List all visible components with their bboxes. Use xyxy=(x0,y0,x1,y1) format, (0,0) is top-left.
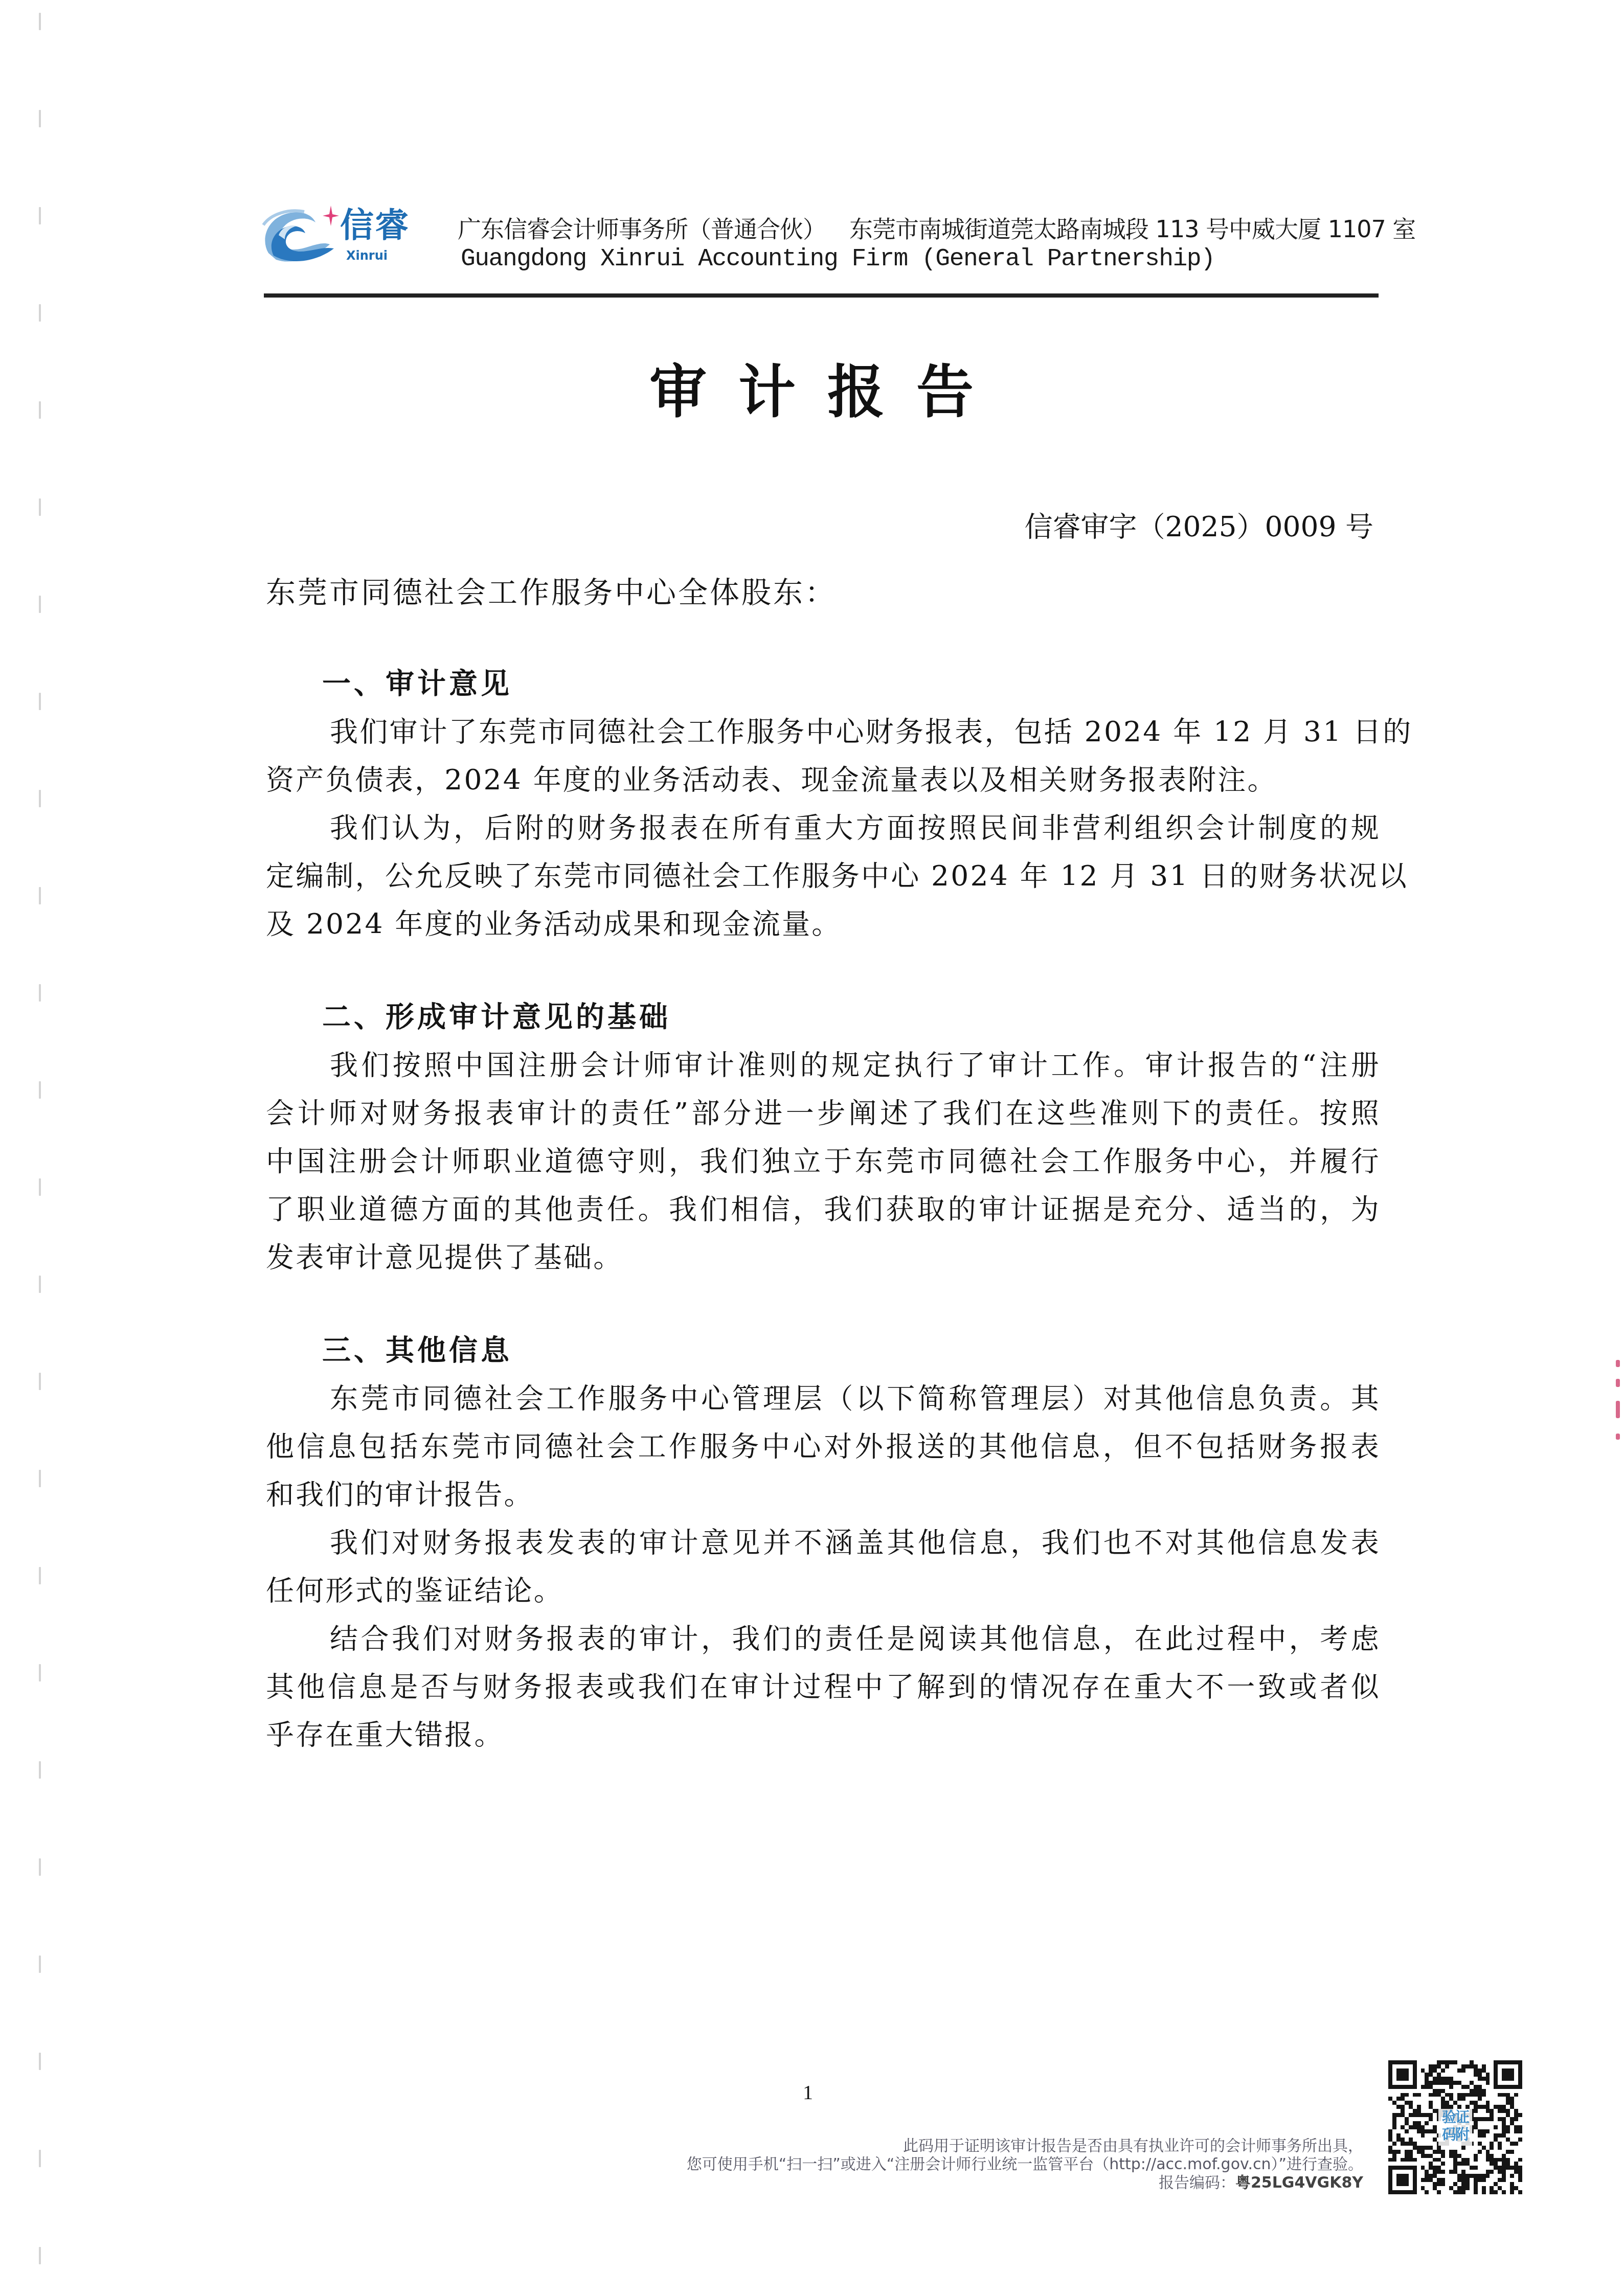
paragraph: 我们审计了东莞市同德社会工作服务中心财务报表，包括 2024 年 12 月 31… xyxy=(266,708,1381,804)
document-title: 审计报告 xyxy=(0,364,1624,421)
qr-verification-badge: 验证 码附 xyxy=(1438,2109,1472,2146)
verification-notice: 此码用于证明该审计报告是否由具有执业许可的会计师事务所出具， 您可使用手机“扫一… xyxy=(687,2137,1363,2192)
text-line: 会计师对财务报表审计的责任”部分进一步阐述了我们在这些准则下的责任。按照 xyxy=(266,1089,1381,1137)
text-line: 其他信息是否与财务报表或我们在审计过程中了解到的情况存在重大不一致或者似 xyxy=(266,1663,1381,1711)
binding-mark xyxy=(39,1956,41,1973)
firm-address: 东莞市南城街道莞太路南城段 113 号中威大厦 1107 室 xyxy=(849,215,1415,243)
binding-mark xyxy=(39,2150,41,2167)
binding-mark xyxy=(39,984,41,1002)
text-line: 他信息包括东莞市同德社会工作服务中心对外报送的其他信息，但不包括财务报表 xyxy=(266,1422,1381,1470)
binding-mark xyxy=(39,207,41,224)
logo-chinese-text: 信睿 xyxy=(340,209,410,242)
paragraph: 东莞市同德社会工作服务中心管理层（以下简称管理层）对其他信息负责。其 他信息包括… xyxy=(266,1374,1381,1518)
paragraph: 我们认为，后附的财务报表在所有重大方面按照民间非营利组织会计制度的规 定编制，公… xyxy=(266,804,1381,948)
binding-mark xyxy=(39,110,41,127)
binding-marks xyxy=(36,0,51,2296)
binding-mark xyxy=(39,1858,41,1876)
binding-mark xyxy=(39,596,41,613)
qr-badge-line-2: 码附 xyxy=(1438,2126,1472,2144)
text-line: 和我们的审计报告。 xyxy=(266,1470,1381,1518)
verification-qr-code[interactable]: 验证 码附 xyxy=(1388,2060,1522,2194)
binding-mark xyxy=(39,693,41,710)
text-line: 我们认为，后附的财务报表在所有重大方面按照民间非营利组织会计制度的规 xyxy=(266,804,1381,852)
binding-mark xyxy=(39,304,41,322)
text-line: 乎存在重大错报。 xyxy=(266,1711,1381,1759)
sparkle-star-icon xyxy=(323,206,339,226)
text-line: 定编制，公允反映了东莞市同德社会工作服务中心 2024 年 12 月 31 日的… xyxy=(266,852,1381,900)
report-code-label: 报告编码： xyxy=(1159,2174,1235,2192)
text-line: 了职业道德方面的其他责任。我们相信，我们获取的审计证据是充分、适当的，为 xyxy=(266,1185,1381,1233)
report-code-line: 报告编码：粤25LG4VGK8Y xyxy=(687,2174,1363,2192)
binding-mark xyxy=(39,1761,41,1779)
text-line: 资产负债表，2024 年度的业务活动表、现金流量表以及相关财务报表附注。 xyxy=(266,756,1381,804)
paragraph: 我们对财务报表发表的审计意见并不涵盖其他信息，我们也不对其他信息发表 任何形式的… xyxy=(266,1518,1381,1615)
firm-info-line: 广东信睿会计师事务所（普通合伙）东莞市南城街道莞太路南城段 113 号中威大厦 … xyxy=(458,217,1415,241)
binding-mark xyxy=(39,1178,41,1196)
letterhead: 信睿 Xinrui 广东信睿会计师事务所（普通合伙）东莞市南城街道莞太路南城段 … xyxy=(258,202,1378,274)
text-line: 我们对财务报表发表的审计意见并不涵盖其他信息，我们也不对其他信息发表 xyxy=(266,1518,1381,1566)
report-code-value: 粤25LG4VGK8Y xyxy=(1235,2174,1363,2192)
text-line: 我们审计了东莞市同德社会工作服务中心财务报表，包括 2024 年 12 月 31… xyxy=(266,708,1381,756)
logo-english-text: Xinrui xyxy=(346,249,388,262)
header-divider xyxy=(264,293,1379,298)
section-heading-audit-opinion: 一、审计意见 xyxy=(266,660,1381,708)
binding-mark xyxy=(39,1276,41,1293)
section-heading-other-information: 三、其他信息 xyxy=(266,1326,1381,1374)
text-line: 发表审计意见提供了基础。 xyxy=(266,1233,1381,1281)
binding-mark xyxy=(39,790,41,807)
binding-mark xyxy=(39,887,41,904)
binding-mark xyxy=(39,13,41,30)
binding-mark xyxy=(39,1664,41,1681)
text-line: 东莞市同德社会工作服务中心管理层（以下简称管理层）对其他信息负责。其 xyxy=(266,1374,1381,1422)
text-line: 结合我们对财务报表的审计，我们的责任是阅读其他信息，在此过程中，考虑 xyxy=(266,1615,1381,1663)
seal-stamp-trace xyxy=(1616,1379,1620,1387)
section-spacer xyxy=(266,948,1381,993)
report-body: 一、审计意见 我们审计了东莞市同德社会工作服务中心财务报表，包括 2024 年 … xyxy=(266,660,1381,1759)
report-number: 信睿审字（2025）0009 号 xyxy=(1025,513,1373,541)
text-line: 任何形式的鉴证结论。 xyxy=(266,1566,1381,1615)
firm-name-chinese: 广东信睿会计师事务所（普通合伙） xyxy=(458,215,826,243)
seal-stamp-trace xyxy=(1616,1360,1620,1367)
seal-stamp-trace xyxy=(1616,1401,1620,1418)
firm-logo: 信睿 Xinrui xyxy=(258,204,412,268)
verification-line-2: 您可使用手机“扫一扫”或进入“注册会计师行业统一监管平台（http://acc.… xyxy=(687,2155,1363,2174)
firm-name-english: Guangdong Xinrui Accounting Firm (Genera… xyxy=(461,247,1214,271)
section-spacer xyxy=(266,1281,1381,1326)
text-line: 中国注册会计师职业道德守则，我们独立于东莞市同德社会工作服务中心，并履行 xyxy=(266,1137,1381,1185)
text-line: 我们按照中国注册会计师审计准则的规定执行了审计工作。审计报告的“注册 xyxy=(266,1041,1381,1089)
addressee: 东莞市同德社会工作服务中心全体股东： xyxy=(266,578,837,607)
text-line: 及 2024 年度的业务活动成果和现金流量。 xyxy=(266,900,1381,948)
section-heading-basis-for-opinion: 二、形成审计意见的基础 xyxy=(266,993,1381,1041)
verification-line-1: 此码用于证明该审计报告是否由具有执业许可的会计师事务所出具， xyxy=(687,2137,1363,2155)
page-number: 1 xyxy=(803,2082,813,2103)
binding-mark xyxy=(39,1470,41,1487)
paragraph: 我们按照中国注册会计师审计准则的规定执行了审计工作。审计报告的“注册 会计师对财… xyxy=(266,1041,1381,1281)
binding-mark xyxy=(39,1081,41,1099)
binding-mark xyxy=(39,1373,41,1390)
binding-mark xyxy=(39,498,41,516)
binding-mark xyxy=(39,2053,41,2070)
paragraph: 结合我们对财务报表的审计，我们的责任是阅读其他信息，在此过程中，考虑 其他信息是… xyxy=(266,1615,1381,1759)
seal-stamp-trace xyxy=(1616,1434,1620,1440)
binding-mark xyxy=(39,2247,41,2264)
qr-badge-line-1: 验证 xyxy=(1438,2109,1472,2126)
binding-mark xyxy=(39,1567,41,1584)
